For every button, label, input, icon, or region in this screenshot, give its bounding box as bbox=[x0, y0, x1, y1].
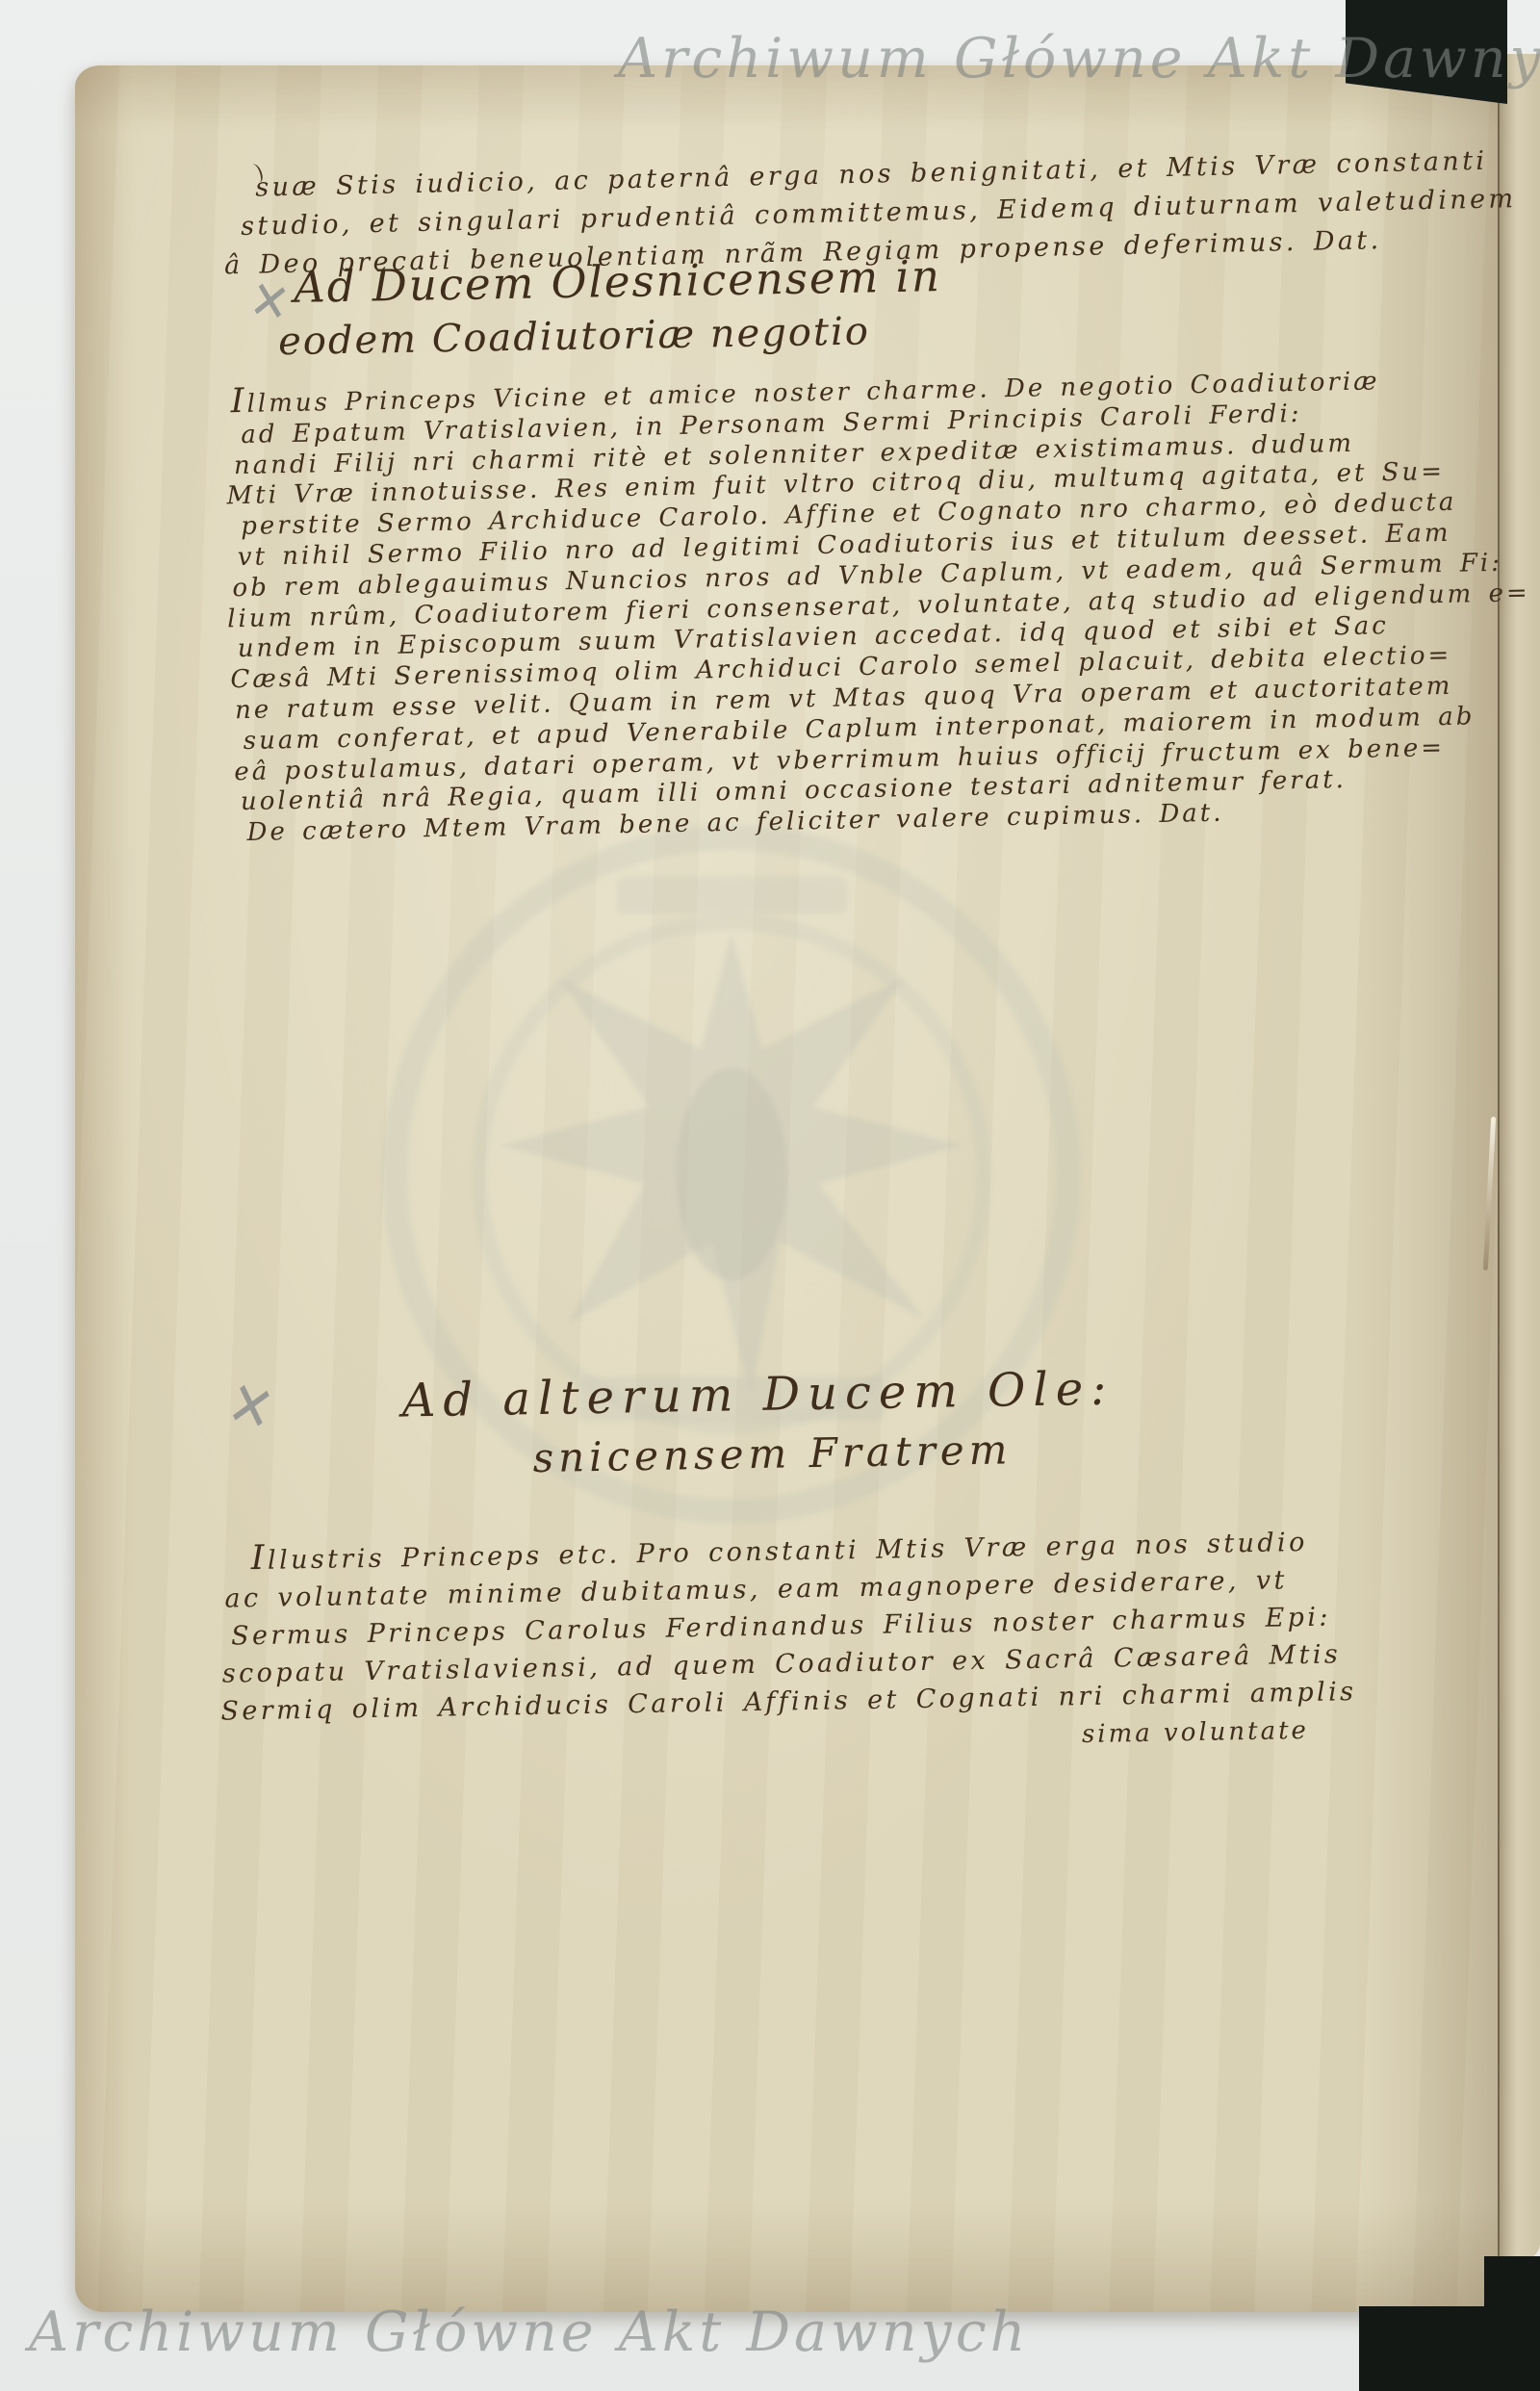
letter2-body: Illustris Princeps etc. Pro constanti Mt… bbox=[218, 1517, 1510, 1730]
adjacent-page-edge bbox=[1498, 54, 1540, 2260]
page-edge-tear bbox=[1483, 1117, 1496, 1271]
letter2-heading-line1: Ad alterum Ducem Ole: bbox=[401, 1362, 1115, 1428]
letter1-body: Illmus Princeps Vicine et amice noster c… bbox=[222, 361, 1511, 850]
manuscript-page: suæ Stis iudicio, ac paternâ erga nos be… bbox=[75, 65, 1498, 2312]
scan-black-bar-corner bbox=[1484, 2256, 1540, 2391]
letter1-heading: Ad Ducem Olesnicensem in eodem Coadiutor… bbox=[280, 248, 956, 370]
letter1-heading-line1: Ad Ducem Olesnicensem in bbox=[294, 250, 942, 313]
letter2-heading: Ad alterum Ducem Ole: snicensem Fratrem bbox=[363, 1358, 1154, 1491]
letter1-heading-line2: eodem Coadiutoriæ negotio bbox=[237, 304, 911, 371]
pencil-cross-mark: ✕ bbox=[221, 1366, 281, 1447]
